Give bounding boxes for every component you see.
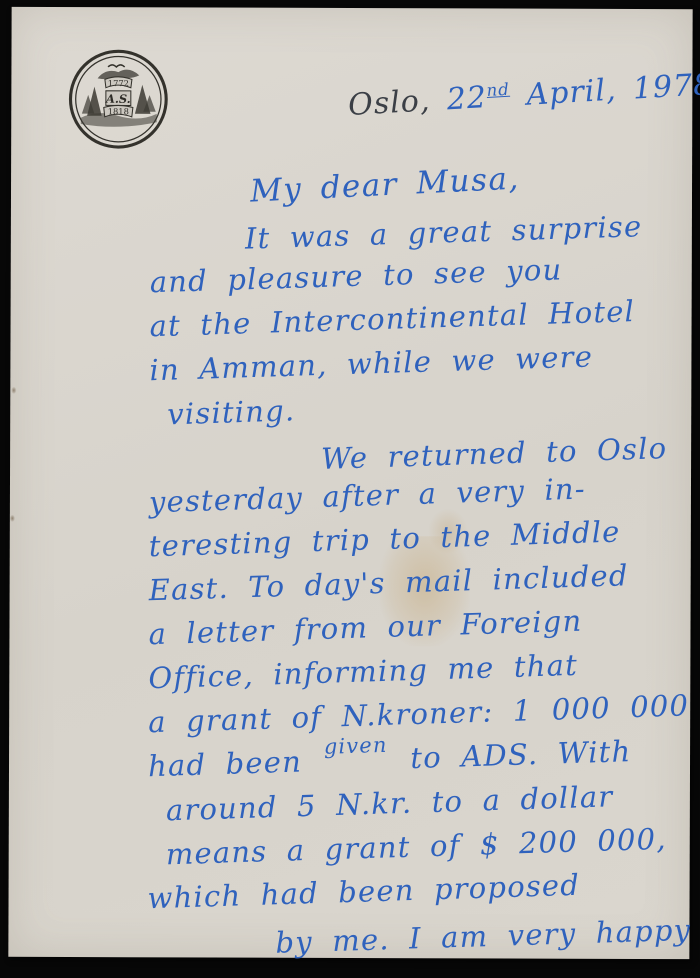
salutation: My dear Musa, (249, 161, 520, 210)
paper-speck (11, 387, 16, 394)
scanned-letter-page: 1772 A.S. 1818 Oslo, 22nd April, 1978 My… (0, 0, 700, 978)
seal-emblem-graphic: 1772 A.S. 1818 (66, 47, 170, 151)
date-line: Oslo, 22nd April, 1978 (347, 67, 700, 123)
line-text: to ADS. With (390, 734, 631, 776)
inserted-word: given (324, 733, 388, 759)
paper-speck (10, 515, 15, 522)
date-day-suffix: nd (486, 80, 510, 100)
letter-paper: 1772 A.S. 1818 Oslo, 22nd April, 1978 My… (8, 7, 692, 959)
letter-body: It was a great surpriseand pleasure to s… (148, 221, 684, 971)
seal-monogram: A.S. (105, 92, 131, 106)
date-day: 22 (446, 80, 488, 117)
seal-year-top: 1772 (108, 78, 129, 88)
date-place: Oslo, (347, 83, 431, 123)
seal-year-bottom: 1818 (108, 106, 129, 116)
date-rest: April, 1978 (526, 67, 700, 113)
letter-line: by me. I am very happy (275, 913, 681, 970)
line-text: had been (148, 744, 322, 783)
letterhead-seal: 1772 A.S. 1818 (66, 47, 170, 151)
